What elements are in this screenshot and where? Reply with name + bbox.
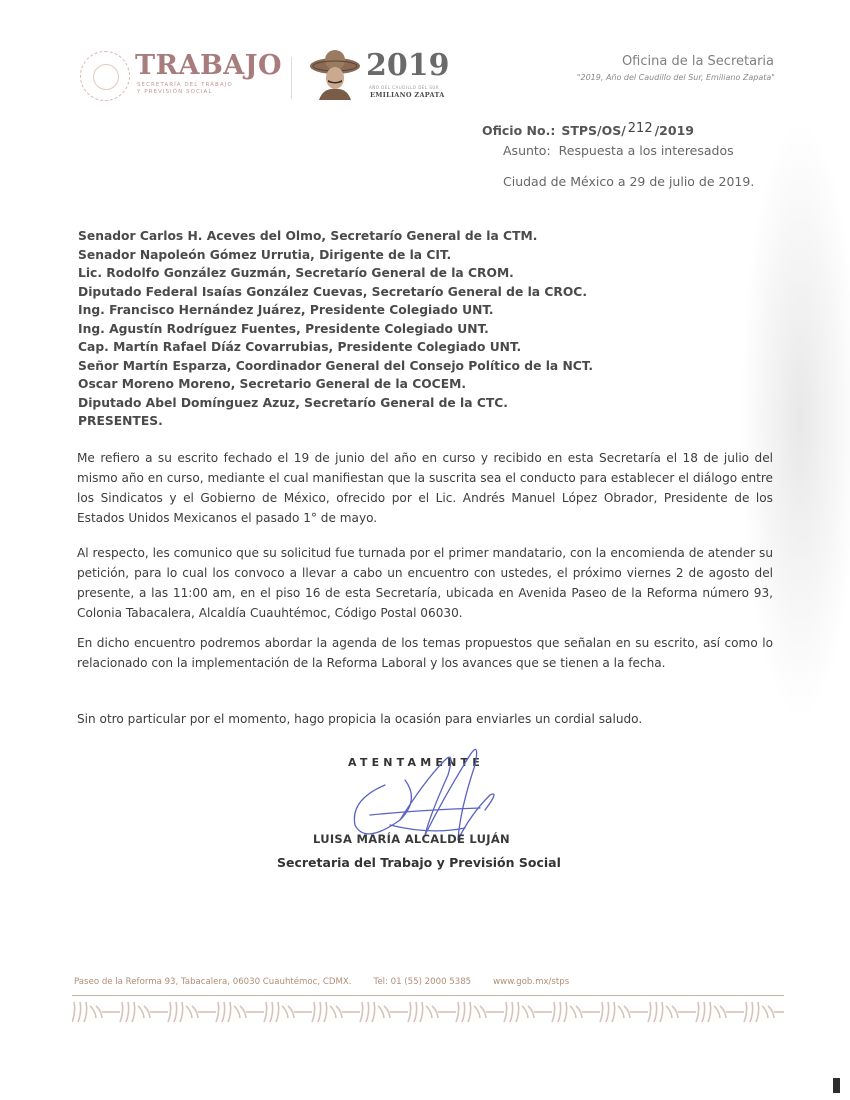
asunto-line: Asunto:Respuesta a los interesados [503,143,734,158]
oficio-label: Oficio No.: [482,123,555,138]
zapata-portrait-icon [309,48,361,100]
recipient: Ing. Francisco Hernández Juárez, Preside… [78,301,593,320]
place-date: Ciudad de México a 29 de julio de 2019. [503,174,754,189]
recipient: Lic. Rodolfo González Guzmán, Secretarío… [78,264,593,283]
asunto-label: Asunto: [503,143,551,158]
logo-title: TRABAJO [135,50,282,81]
body-paragraph: Al respecto, les comunico que su solicit… [77,543,773,623]
oficio-line: Oficio No.:STPS/OS/212/2019 [482,123,694,139]
recipient: Cap. Martín Rafael Díáz Covarrubias, Pre… [78,338,593,357]
year-logo: 2019 [366,48,450,83]
recipient-greeting: PRESENTES. [78,412,593,431]
recipient: Diputado Federal Isaías González Cuevas,… [78,283,593,302]
oficio-prefix: STPS/OS/ [561,123,625,138]
national-seal-icon [80,51,130,101]
recipient: Senador Napoleón Gómez Urrutia, Dirigent… [78,246,593,265]
scan-mark [833,1078,840,1093]
recipient: Ing. Agustín Rodríguez Fuentes, Presiden… [78,320,593,339]
header-divider [291,57,292,99]
footer-phone: Tel: 01 (55) 2000 5385 [374,977,472,987]
recipient: Diputado Abel Domínguez Azuz, Secretarío… [78,394,593,413]
body-paragraph: En dicho encuentro podremos abordar la a… [77,633,773,673]
logo-subtitle: SECRETARÍA DEL TRABAJO Y PREVISIÓN SOCIA… [137,82,233,96]
oficio-suffix: /2019 [655,123,694,138]
body-paragraph: Me refiero a su escrito fechado el 19 de… [77,448,773,528]
footer-address: Paseo de la Reforma 93, Tabacalera, 0603… [74,977,352,987]
decorative-pattern-band [72,1000,784,1024]
signer-title: Secretaria del Trabajo y Previsión Socia… [277,855,561,870]
recipient: Oscar Moreno Moreno, Secretario General … [78,375,593,394]
logo-subtitle-line-1: SECRETARÍA DEL TRABAJO [137,82,233,89]
year-name: EMILIANO ZAPATA [370,91,445,99]
footer-divider [72,995,784,996]
office-name: Oficina de la Secretaria [622,54,774,69]
recipient: Senador Carlos H. Aceves del Olmo, Secre… [78,227,593,246]
body-paragraph: Sin otro particular por el momento, hago… [77,709,773,729]
signer-name: LUISA MARÍA ALCALDE LUJÁN [313,832,510,846]
recipient: Señor Martín Esparza, Coordinador Genera… [78,357,593,376]
logo-subtitle-line-2: Y PREVISIÓN SOCIAL [137,89,233,96]
year-caption: AÑO DEL CAUDILLO DEL SUR [369,85,439,90]
oficio-value: STPS/OS/212/2019 [561,123,694,138]
footer-website[interactable]: www.gob.mx/stps [493,977,569,987]
asunto-value: Respuesta a los interesados [559,143,734,158]
oficio-number: 212 [628,121,653,136]
recipient-list: Senador Carlos H. Aceves del Olmo, Secre… [78,227,593,431]
footer-contact: Paseo de la Reforma 93, Tabacalera, 0603… [74,977,591,987]
office-motto: "2019, Año del Caudillo del Sur, Emilian… [577,73,775,82]
